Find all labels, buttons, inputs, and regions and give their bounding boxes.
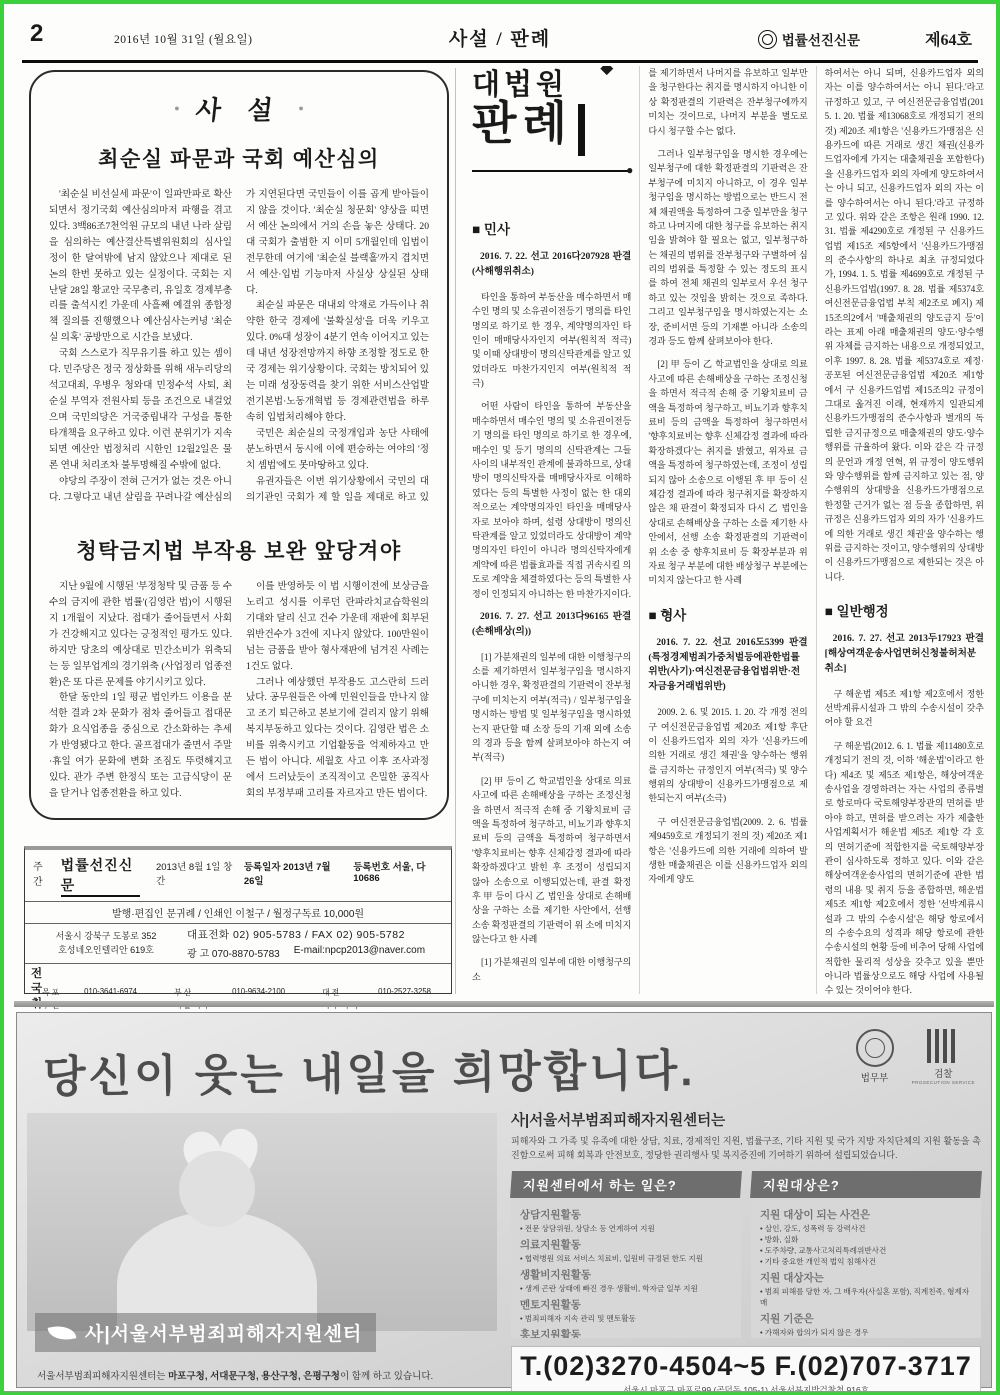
org-name: 사|서울서부범죄피해자지원센터 bbox=[85, 1319, 362, 1346]
bureau-name: 부산 bbox=[174, 987, 226, 998]
contact-phone: T.(02)3270-4504~5 F.(02)707-3717 bbox=[512, 1351, 980, 1382]
editorial-box: ● 사 설 ● 최순실 파문과 국회 예산심의 '최순실 비선실세 파문'이 일… bbox=[29, 70, 449, 820]
partner-offices: 마포구청, 서대문구청, 용산구청, 은평구청 bbox=[168, 1371, 340, 1382]
supreme-court-precedents-logo: 대법원 판례 ◆ ● bbox=[472, 70, 631, 202]
editorial-article-1: '최순실 비선실세 파문'이 일파만파로 확산되면서 정기국회 예산심의마저 파… bbox=[49, 187, 429, 519]
ad-logos: 법무부 검찰 PROSECUTION SERVICE bbox=[856, 1029, 975, 1085]
child-photo: ♥ bbox=[27, 1113, 497, 1331]
body-paragraph: 하여서는 아니 되며, 신용카드업자 외의 자는 이를 양수하여서는 아니 된다… bbox=[825, 66, 984, 584]
editorial-paragraph: 한달 동안의 1일 평균 법인카드 이용을 분석한 결과 2차 문화가 점차 줄… bbox=[49, 690, 232, 801]
logo-rule: ● bbox=[472, 170, 631, 172]
contact-address: 서울시 마포구 마포로99 (공덕동 105-1) 서울서부지방검찰청 916호 bbox=[512, 1384, 980, 1395]
eligibility-panel-body: 지원 대상이 되는 사건은• 살인, 강도, 성폭력 등 강력사건• 방화, 실… bbox=[751, 1198, 981, 1338]
contact-row: 서울시 강북구 도봉로 352 호성네오인텔리안 619호 대표전화 02) 9… bbox=[25, 924, 451, 964]
ad-center-title: 사|서울서부범죄피해자지원센터는 bbox=[511, 1109, 981, 1130]
masthead-title-row: 주간 법률선진신문 2013년 8월 1일 창간 등록일자 2013년 7월 2… bbox=[25, 850, 451, 902]
panel-item: • 기타 중요한 개인적 법익 침해사건 bbox=[760, 1256, 972, 1267]
activities-panel-body: 상담지원활동• 전문 상담위원, 상담소 등 연계하여 지원의료지원활동• 협력… bbox=[511, 1198, 741, 1338]
body-paragraph: 어떤 사람이 타인을 통하여 부동산을 매수하면서 매수인 명의 및 소유권이전… bbox=[472, 399, 631, 600]
weekly-label: 주간 bbox=[33, 858, 51, 888]
main-phone-line: 대표전화 02) 905-5783 / FAX 02) 905-5782 bbox=[187, 927, 445, 942]
bullet-dot-icon: ● bbox=[626, 164, 633, 176]
address-line-2: 호성네오인텔리안 619호 bbox=[31, 944, 181, 958]
ad-headline: 당신이 웃는 내일을 희망합니다. bbox=[43, 1033, 804, 1105]
panel-item: • 도주차량, 교통사고처리특례위반사건 bbox=[760, 1245, 972, 1256]
column-1-text: ■ 민사2016. 7. 22. 선고 2016다207928 판결 (사해행위… bbox=[472, 218, 631, 984]
logo-sublabel: PROSECUTION SERVICE bbox=[912, 1080, 975, 1085]
newspaper-name: 법률선진신문 bbox=[782, 29, 860, 49]
email-address: E-mail:npcp2013@naver.com bbox=[294, 945, 425, 960]
registration-number: 등록번호 서울, 다10686 bbox=[353, 859, 443, 884]
bureau-name: 대전 bbox=[322, 987, 372, 998]
logo-label: 검찰 bbox=[912, 1066, 975, 1080]
ad-center-body: 피해자와 그 가족 및 유족에 대한 상담, 치료, 경제적인 지원, 법률구조… bbox=[511, 1135, 981, 1163]
prosecution-bars-icon bbox=[927, 1029, 959, 1063]
ad-content: 사|서울서부범죄피해자지원센터는 피해자와 그 가족 및 유족에 대한 상담, … bbox=[511, 1109, 981, 1395]
column-divider bbox=[455, 68, 456, 994]
panel-group-title: 지원 기준은 bbox=[760, 1311, 972, 1326]
editorial-paragraph: 지난 9월에 시행된 '부정청탁 및 금품 등 수수의 금지에 관한 법률'(김… bbox=[49, 579, 232, 690]
bureau-phone: 010-3641-6974 bbox=[84, 987, 168, 998]
publisher-line: 발행·편집인 문귀례 / 인쇄인 이철구 / 월정구독료 10,000원 bbox=[25, 902, 451, 924]
newspaper-logo-icon bbox=[758, 30, 777, 49]
case-title: 2016. 7. 22. 선고 2016도5399 판결 (특정경제범죄가중처벌… bbox=[648, 636, 807, 695]
editorial-paragraph: 국회 스스로가 직무유기를 하고 있는 셈이다. 민주당은 정국 정상화를 위해… bbox=[49, 346, 232, 473]
panel-group-title: 생활비지원활동 bbox=[520, 1267, 732, 1282]
editorial-label: ● 사 설 ● bbox=[49, 90, 429, 127]
ad-phone-line: 광 고 070-8870-5783 bbox=[187, 945, 280, 960]
section-header: ■ 형사 bbox=[648, 604, 807, 624]
case-title: 2016. 7. 22. 선고 2016다207928 판결 (사해행위취소) bbox=[472, 250, 631, 280]
precedents-section: 대법원 판례 ◆ ● ■ 민사2016. 7. 22. 선고 2016다2079… bbox=[464, 66, 992, 994]
body-paragraph: [1] 가분채권의 일부에 대한 이행청구의 소를 제기하면서 일부청구임을 명… bbox=[472, 650, 631, 765]
column-2-text: 를 제기하면서 나머지를 유보하고 일부만을 청구한다는 취지를 명시하지 아니… bbox=[648, 66, 807, 887]
phone-block: 대표전화 02) 905-5783 / FAX 02) 905-5782 광 고… bbox=[181, 927, 445, 960]
panel-item: • 범죄 피해를 당한 자, 그 배우자(사실혼 포함), 직계친족, 형제자매 bbox=[760, 1286, 972, 1308]
logo-strip bbox=[578, 104, 585, 156]
editorial-paragraph: 최순실 파문은 대내외 악재로 가득이나 취약한 한국 경제에 '불확실성'을 … bbox=[246, 298, 429, 425]
newspaper-page: 2 2016년 10월 31일 (월요일) 사설 / 판례 법률선진신문 제64… bbox=[0, 0, 1000, 1395]
panel-group-title: 지원 대상자는 bbox=[760, 1270, 972, 1285]
support-center-advertisement: 당신이 웃는 내일을 희망합니다. 법무부 검찰 PROSECUTION SER… bbox=[16, 1012, 992, 1388]
bureau-phone: 010-2527-3258 bbox=[378, 987, 458, 998]
panel-group-title: 멘토지원활동 bbox=[520, 1297, 732, 1312]
case-title: 2016. 7. 27. 선고 2013두17923 판결 [해상여객운송사업면… bbox=[825, 632, 984, 677]
logo-line-2: 판례 bbox=[472, 100, 573, 146]
org-name-band: 사|서울서부범죄피해자지원센터 bbox=[35, 1313, 376, 1352]
dot-icon: ● bbox=[174, 104, 179, 113]
justice-emblem-icon bbox=[856, 1029, 894, 1067]
activities-panel: 지원센터에서 하는 일은? 상담지원활동• 전문 상담위원, 상담소 등 연계하… bbox=[511, 1171, 741, 1338]
address-line-1: 서울시 강북구 도봉로 352 bbox=[31, 930, 181, 944]
page-header: 2 2016년 10월 31일 (월요일) 사설 / 판례 법률선진신문 제64… bbox=[22, 20, 978, 63]
logo-label: 법무부 bbox=[856, 1070, 894, 1084]
case-title: 2016. 7. 27. 선고 2013다96165 판결 (손해배상(의)) bbox=[472, 610, 631, 640]
masthead-info-box: 주간 법률선진신문 2013년 8월 1일 창간 등록일자 2013년 7월 2… bbox=[24, 846, 452, 994]
precedents-column-1: 대법원 판례 ◆ ● ■ 민사2016. 7. 22. 선고 2016다2079… bbox=[464, 66, 639, 994]
body-paragraph: [2] 甲 등이 乙 학교법인을 상대로 의료사고에 따른 손해배상을 구하는 … bbox=[648, 357, 807, 587]
section-header: ■ 민사 bbox=[472, 218, 631, 238]
panel-item: • 방화, 실화 bbox=[760, 1234, 972, 1245]
panel-group-title: 홍보지원활동 bbox=[520, 1327, 732, 1338]
paper-name: 법률선진신문 bbox=[61, 855, 140, 897]
panel-item: • 살인, 강도, 성폭력 등 강력사건 bbox=[760, 1223, 972, 1234]
ad-footer-note: 서울서부범죄피해자지원센터는 마포구청, 서대문구청, 용산구청, 은평구청이 … bbox=[37, 1368, 433, 1382]
registration-date: 등록일자 2013년 7월 26일 bbox=[244, 859, 343, 887]
panel-item: • 전문 상담위원, 상담소 등 연계하여 지원 bbox=[520, 1223, 732, 1234]
ministry-of-justice-logo: 법무부 bbox=[856, 1029, 894, 1085]
editorial-headline-1: 최순실 파문과 국회 예산심의 bbox=[49, 143, 429, 173]
masthead: 법률선진신문 bbox=[758, 29, 860, 49]
founded-date: 2013년 8월 1일 창간 bbox=[156, 859, 234, 887]
diamond-icon: ◆ bbox=[600, 66, 613, 78]
office-address: 서울시 강북구 도봉로 352 호성네오인텔리안 619호 bbox=[31, 927, 181, 960]
body-paragraph: 구 해운법(2012. 6. 1. 법률 제11480호로 개정되기 전의 것,… bbox=[825, 739, 984, 994]
body-paragraph: 그러나 일부청구임을 명시한 경우에는 일부청구에 대한 확정판결의 기판력은 … bbox=[648, 147, 807, 348]
prosecution-service-logo: 검찰 PROSECUTION SERVICE bbox=[912, 1029, 975, 1085]
body-paragraph: 2009. 2. 6. 및 2015. 1. 20. 각 개정 전의 구 여신전… bbox=[648, 705, 807, 806]
editorial-headline-2: 청탁금지법 부작용 보완 앞당겨야 bbox=[49, 535, 429, 565]
dove-icon bbox=[48, 1322, 77, 1343]
panel-item: • 협력병원 의료 서비스 치료비, 입원비 규정된 한도 지원 bbox=[520, 1253, 732, 1264]
activities-panel-title: 지원센터에서 하는 일은? bbox=[510, 1171, 742, 1198]
body-paragraph: [2] 甲 등이 乙 학교법인을 상대로 의료사고에 따른 손해배상을 구하는 … bbox=[472, 774, 631, 947]
panel-group-title: 상담지원활동 bbox=[520, 1207, 732, 1222]
precedents-column-3: 하여서는 아니 되며, 신용카드업자 외의 자는 이를 양수하여서는 아니 된다… bbox=[816, 66, 992, 994]
scan-divider-bar bbox=[14, 1001, 994, 1007]
editorial-paragraph: 이를 반영하듯 이 법 시행이전에 보상금을 노리고 성시를 이루던 란파라치교… bbox=[246, 579, 429, 675]
column-3-text: 하여서는 아니 되며, 신용카드업자 외의 자는 이를 양수하여서는 아니 된다… bbox=[825, 66, 984, 994]
eligibility-panel-title: 지원대상은? bbox=[750, 1171, 982, 1198]
issue-number: 제64호 bbox=[925, 27, 972, 50]
bureau-phone: 010-9634-2100 bbox=[232, 987, 316, 998]
body-paragraph: 구 해운법 제5조 제1항 제2호에서 정한 선박계류시설과 그 밖의 수송시설… bbox=[825, 687, 984, 730]
body-paragraph: 타인을 통하여 부동산을 매수하면서 매수인 명의 및 소유권이전등기 명의를 … bbox=[472, 290, 631, 391]
contact-strip: T.(02)3270-4504~5 F.(02)707-3717 서울시 마포구… bbox=[511, 1346, 981, 1395]
body-paragraph: 를 제기하면서 나머지를 유보하고 일부만을 청구한다는 취지를 명시하지 아니… bbox=[648, 66, 807, 138]
body-paragraph: 구 여신전문금융업법(2009. 2. 6. 법률 제9459호로 개정되기 전… bbox=[648, 815, 807, 887]
panel-group-title: 의료지원활동 bbox=[520, 1237, 732, 1252]
panel-group-title: 지원 대상이 되는 사건은 bbox=[760, 1207, 972, 1222]
dot-icon: ● bbox=[298, 104, 303, 113]
editorial-label-text: 사 설 bbox=[194, 90, 285, 127]
precedents-column-2: 를 제기하면서 나머지를 유보하고 일부만을 청구한다는 취지를 명시하지 아니… bbox=[639, 66, 815, 994]
eligibility-panel: 지원대상은? 지원 대상이 되는 사건은• 살인, 강도, 성폭력 등 강력사건… bbox=[751, 1171, 981, 1338]
panel-item: • 가해자와 합의가 되지 않은 경우 bbox=[760, 1327, 972, 1338]
editorial-article-2: 지난 9월에 시행된 '부정청탁 및 금품 등 수수의 금지에 관한 법률'(김… bbox=[49, 579, 429, 811]
editorial-paragraph: '최순실 비선실세 파문'이 일파만파로 확산되면서 정기국회 예산심의마저 파… bbox=[49, 187, 232, 346]
panel-item: • 생계 곤란 상태에 빠진 경우 생활비, 학자금 일부 지원 bbox=[520, 1283, 732, 1294]
panel-item: • 범죄피해자 지속 관리 및 멘토활동 bbox=[520, 1313, 732, 1324]
body-paragraph: [1] 가분채권의 일부에 대한 이행청구의 소 bbox=[472, 955, 631, 984]
editorial-paragraph: 국민은 최순실의 국정개입과 농단 사태에 분노하면서 동시에 이에 편승하는 … bbox=[246, 426, 429, 474]
editorial-paragraph: 그러나 예상했던 부작용도 고스란히 드러났다. 공무원들은 아예 민원인들을 … bbox=[246, 675, 429, 802]
bureau-name: 목포 bbox=[42, 987, 78, 998]
section-header: ■ 일반행정 bbox=[825, 600, 984, 620]
